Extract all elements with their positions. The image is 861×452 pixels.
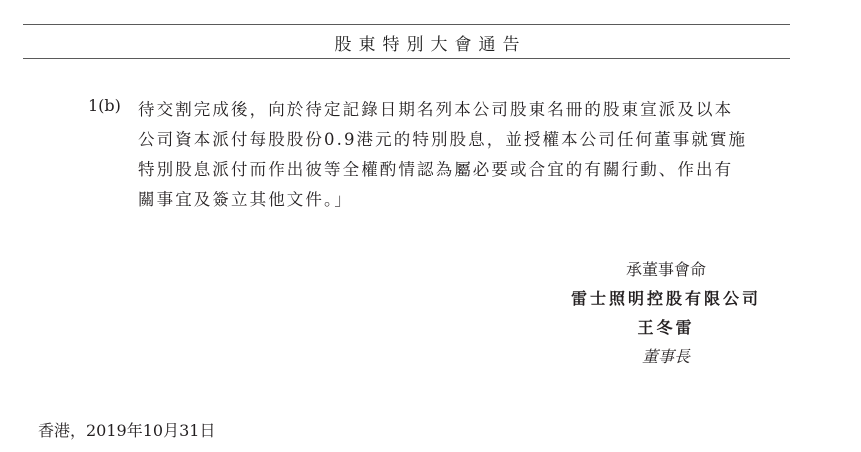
signatory-position: 董事長 <box>536 345 796 374</box>
company-name: 雷士照明控股有限公司 <box>536 287 796 316</box>
by-order-of-board: 承董事會命 <box>536 258 796 287</box>
signatory-name: 王冬雷 <box>536 316 796 345</box>
title-bottom-rule <box>23 58 790 59</box>
page-title: 股東特別大會通告 <box>0 30 861 55</box>
place-and-date: 香港，2019年10月31日 <box>38 418 215 441</box>
resolution-text: 待交割完成後，向於待定記錄日期名列本公司股東名冊的股東宣派及以本 公司資本派付每… <box>138 96 798 216</box>
resolution-line: 待交割完成後，向於待定記錄日期名列本公司股東名冊的股東宣派及以本 <box>138 96 798 126</box>
resolution-number: 1(b) <box>88 96 121 115</box>
resolution-line: 特別股息派付而作出彼等全權酌情認為屬必要或合宜的有關行動、作出有 <box>138 156 798 186</box>
title-top-rule <box>23 24 790 25</box>
resolution-line: 關事宜及簽立其他文件。」 <box>138 186 798 216</box>
resolution-line: 公司資本派付每股股份0.9港元的特別股息，並授權本公司任何董事就實施 <box>138 126 798 156</box>
signature-block: 承董事會命 雷士照明控股有限公司 王冬雷 董事長 <box>536 258 796 374</box>
